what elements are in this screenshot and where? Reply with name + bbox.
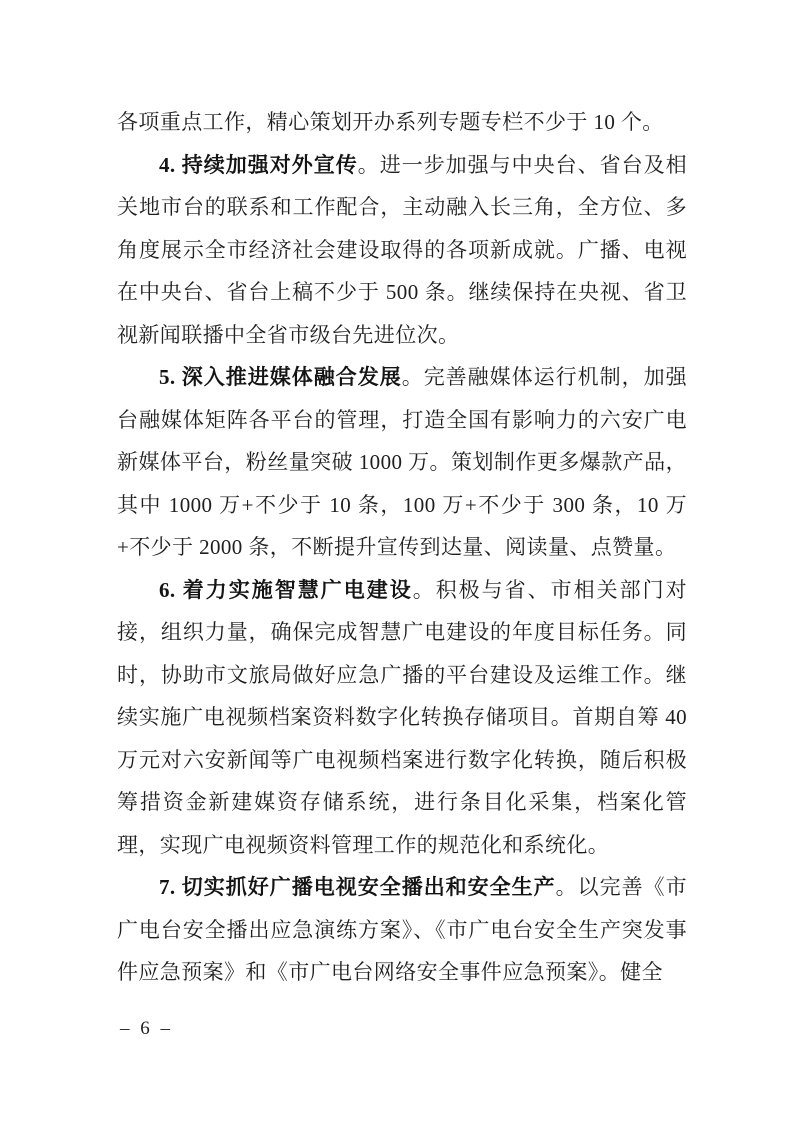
- page-number: – 6 –: [120, 1019, 173, 1038]
- text-segment: 。完善融媒体运行机制，加强台融媒体矩阵各平台的管理，打造全国有影响力的六安广电新…: [117, 365, 687, 559]
- paragraph-4: 4. 持续加强对外宣传。进一步加强与中央台、省台及相关地市台的联系和工作配合，主…: [117, 144, 687, 357]
- paragraph-continuation: 各项重点工作，精心策划开办系列专题专栏不少于 10 个。: [117, 101, 687, 144]
- bold-text-segment: 7. 切实抓好广播电视安全播出和安全生产: [159, 875, 556, 899]
- bold-text-segment: 6. 着力实施智慧广电建设: [159, 578, 413, 602]
- document-page: 各项重点工作，精心策划开办系列专题专栏不少于 10 个。4. 持续加强对外宣传。…: [0, 0, 793, 1122]
- bold-text-segment: 5. 深入推进媒体融合发展: [159, 365, 402, 389]
- paragraph-5: 5. 深入推进媒体融合发展。完善融媒体运行机制，加强台融媒体矩阵各平台的管理，打…: [117, 356, 687, 569]
- text-segment: 。积极与省、市相关部门对接，组织力量，确保完成智慧广电建设的年度目标任务。同时，…: [117, 578, 687, 857]
- text-segment: 各项重点工作，精心策划开办系列专题专栏不少于 10 个。: [117, 110, 664, 134]
- text-segment: 。进一步加强与中央台、省台及相关地市台的联系和工作配合，主动融入长三角，全方位、…: [117, 153, 687, 347]
- document-body: 各项重点工作，精心策划开办系列专题专栏不少于 10 个。4. 持续加强对外宣传。…: [117, 101, 687, 994]
- bold-text-segment: 4. 持续加强对外宣传: [159, 153, 358, 177]
- paragraph-7: 7. 切实抓好广播电视安全播出和安全生产。以完善《市广电台安全播出应急演练方案》…: [117, 866, 687, 994]
- paragraph-6: 6. 着力实施智慧广电建设。积极与省、市相关部门对接，组织力量，确保完成智慧广电…: [117, 569, 687, 867]
